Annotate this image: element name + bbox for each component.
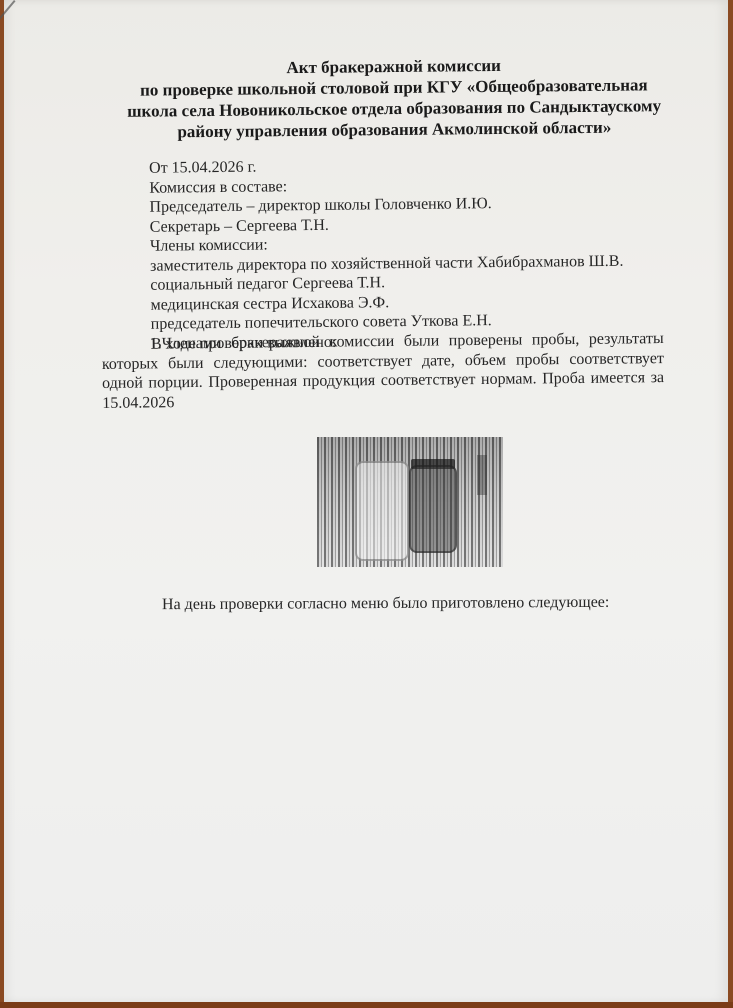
jar-image [355,461,409,561]
title-line-4: району управления образования Акмолинско… [114,116,674,143]
table-surface [0,1002,733,1008]
document-page: Акт бракеражной комиссии по проверке шко… [4,0,728,1003]
commission-info: От 15.04.2026 г. Комиссия в составе: Пре… [149,153,671,353]
sample-jars-photo [317,437,503,567]
finding-paragraph: 1.Членами бракеражной комиссии были пров… [102,329,665,413]
jar-image [409,465,457,553]
finding-1-text: 1.Членами бракеражной комиссии были пров… [102,329,665,413]
menu-intro: На день проверки согласно меню было приг… [162,593,609,615]
pen-mark [0,0,16,21]
jar-label-image [477,455,487,495]
document-title: Акт бракеражной комиссии по проверке шко… [114,53,675,143]
